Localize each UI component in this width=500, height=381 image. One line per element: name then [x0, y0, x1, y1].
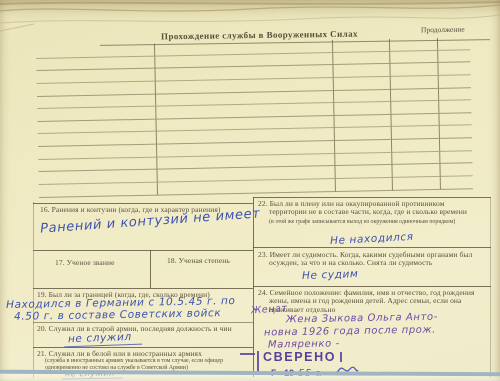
section24-handwritten-line3: Маляренко - — [268, 338, 340, 350]
table-cell — [393, 177, 441, 191]
table-cell — [390, 38, 438, 52]
table-cell — [439, 113, 471, 126]
table-cell — [333, 64, 390, 78]
table-cell — [333, 52, 390, 66]
section22-handwritten-answer: Не находился — [330, 231, 414, 247]
section17-18-divider — [150, 250, 151, 288]
stamp-border-top-fragment — [240, 353, 255, 355]
table-cell — [439, 88, 471, 101]
table-cell — [391, 101, 439, 115]
section19-handwritten-line2: 4.50 г. в составе Советских войск — [14, 307, 221, 323]
table-cell — [390, 51, 438, 65]
table-cell — [438, 50, 470, 63]
section24-handwritten-line1: Жена Зыкова Ольга Анто- — [286, 312, 438, 326]
table-cell — [441, 176, 473, 189]
section20-top-line — [33, 322, 253, 323]
table-cell — [440, 126, 472, 139]
table-cell — [336, 178, 393, 192]
section20-handwritten-answer: не служил — [64, 331, 142, 348]
service-table — [36, 37, 473, 198]
stamp-title: СВЕРЕНО — [263, 350, 336, 364]
table-cell — [392, 152, 440, 166]
table-cell — [335, 140, 392, 154]
table-cell — [440, 164, 472, 177]
table-cell — [333, 39, 390, 53]
section24-top-line — [253, 286, 491, 287]
table-cell — [392, 126, 440, 140]
section17-top-line — [33, 250, 253, 251]
section22-top-line — [253, 197, 491, 198]
section23-label: 23. Имеет ли судимость. Когда, какими су… — [258, 251, 475, 268]
left-border-line — [33, 202, 34, 378]
table-cell — [334, 77, 391, 91]
table-cell — [335, 127, 392, 141]
section17-label: 17. Ученое звание — [55, 259, 115, 267]
stamp-border-right-fragment — [340, 352, 342, 362]
table-cell — [392, 139, 440, 153]
section16-top-line — [33, 203, 253, 204]
table-cell — [438, 63, 470, 76]
table-cell — [391, 76, 439, 90]
section18-label: 18. Ученая степень — [167, 257, 230, 265]
table-cell — [440, 138, 472, 151]
table-cell — [439, 100, 471, 113]
table-cell — [335, 165, 392, 179]
table-cell — [334, 89, 391, 103]
table-cell — [335, 153, 392, 167]
continuation-label: Продолжение — [421, 25, 465, 35]
table-cell — [391, 114, 439, 128]
section19-top-line — [33, 288, 253, 289]
table-cell — [439, 75, 471, 88]
table-cell — [440, 151, 472, 164]
section23-top-line — [253, 247, 491, 248]
section22-label: 22. Был ли в плену или на оккупированной… — [258, 199, 467, 216]
section22-note: (в этой же графе записывается выход из о… — [269, 219, 455, 225]
table-cell — [391, 88, 439, 102]
table-cell — [392, 164, 440, 178]
table-cell — [334, 102, 391, 116]
section22-label-block: 22. Был ли в плену или на оккупированной… — [258, 200, 473, 225]
table-cell — [158, 179, 336, 195]
scanned-document: Продолжение Прохождение службы в Вооруже… — [0, 0, 500, 381]
right-border-line — [490, 197, 491, 378]
table-cell — [39, 183, 158, 198]
table-cell — [390, 63, 438, 77]
section21-top-line — [33, 347, 253, 348]
section23-handwritten-answer: Не судим — [302, 268, 359, 282]
table-cell — [438, 37, 470, 50]
table-cell — [334, 115, 391, 129]
section24-handwritten-line2: новна 1926 года после прож. — [264, 325, 436, 339]
